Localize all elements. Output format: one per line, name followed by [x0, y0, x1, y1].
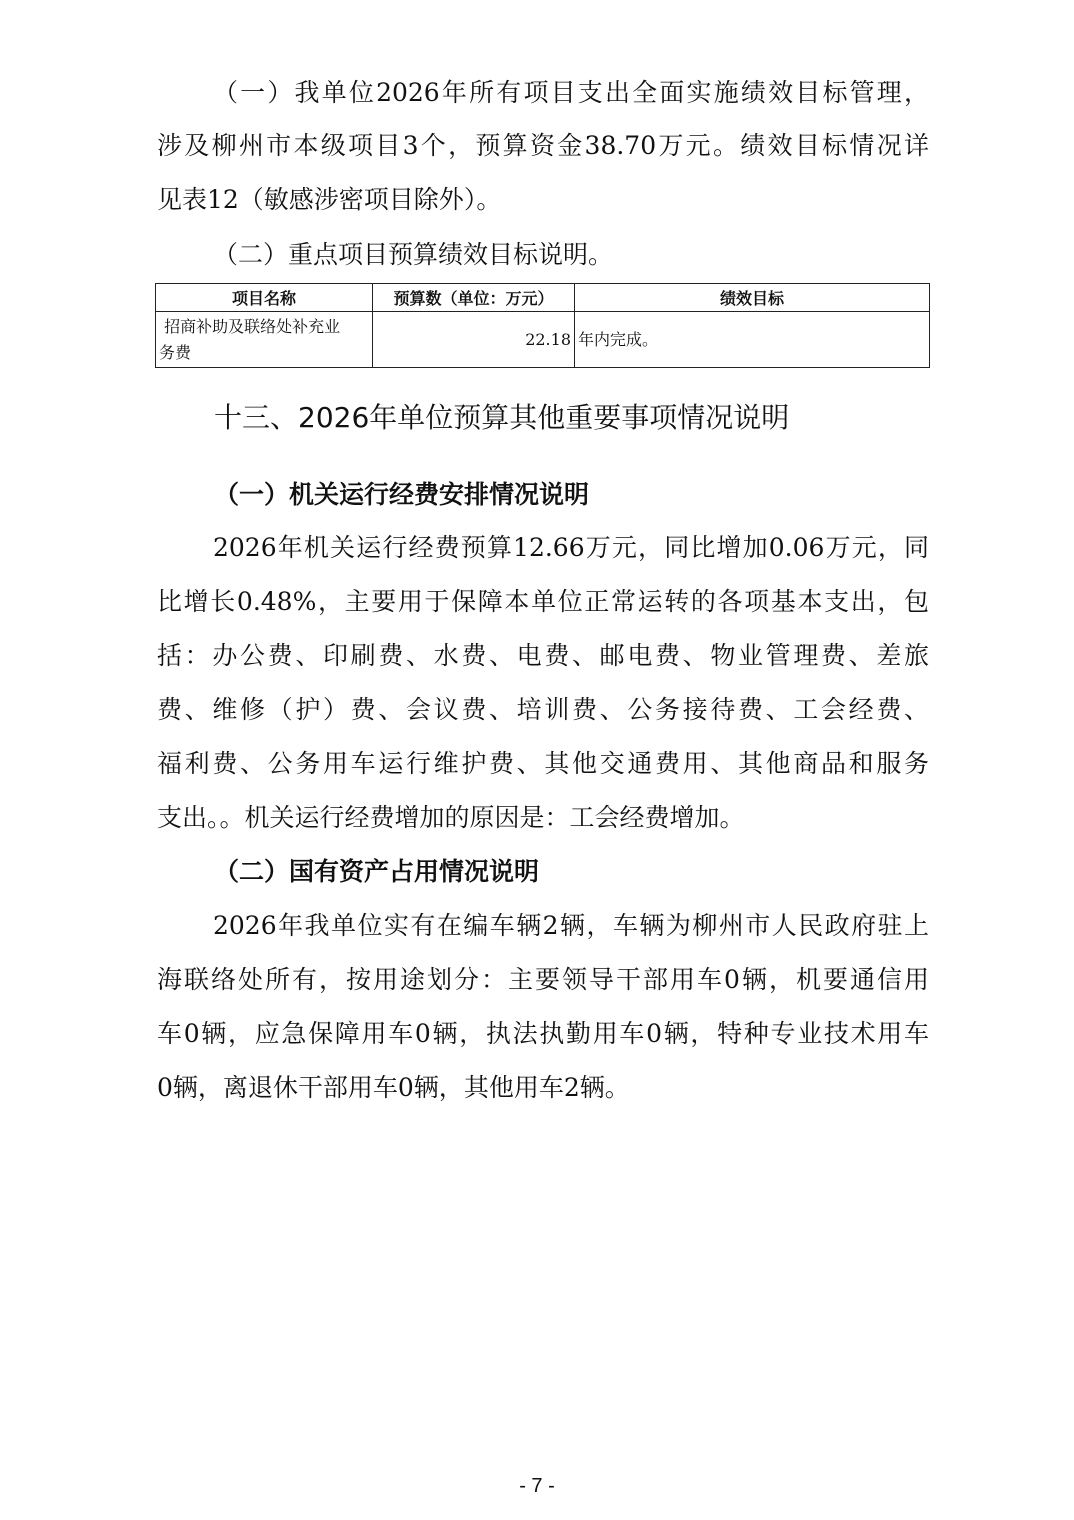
performance-target-table: 项目名称 预算数（单位：万元） 绩效目标 招商补助及联络处补充业 务费 22.1…: [155, 283, 930, 368]
section-13-title: 十三、2026年单位预算其他重要事项情况说明: [214, 400, 789, 436]
text-line: 福利费、公务用车运行维护费、其他交通费用、其他商品和服务: [157, 747, 929, 781]
text-line: 支出。。机关运行经费增加的原因是：工会经费增加。: [157, 801, 929, 835]
text-line: 见表12（敏感涉密项目除外）。: [157, 183, 929, 217]
text-line: 车0辆，应急保障用车0辆，执法执勤用车0辆，特种专业技术用车: [157, 1017, 929, 1051]
cell-project-name: 招商补助及联络处补充业 务费: [156, 312, 373, 368]
key-project-heading: （二）重点项目预算绩效目标说明。: [213, 238, 929, 272]
project-name-line: 招商补助及联络处补充业: [159, 314, 369, 340]
text-line: 括：办公费、印刷费、水费、电费、邮电费、物业管理费、差旅: [157, 639, 929, 673]
header-project-name: 项目名称: [156, 284, 373, 312]
table-header-row: 项目名称 预算数（单位：万元） 绩效目标: [156, 284, 930, 312]
text-line: 2026年机关运行经费预算12.66万元，同比增加0.06万元，同: [213, 531, 929, 565]
project-name-line: 务费: [159, 340, 369, 366]
header-budget: 预算数（单位：万元）: [373, 284, 575, 312]
cell-budget: 22.18: [373, 312, 575, 368]
text-line: 比增长0.48%，主要用于保障本单位正常运转的各项基本支出，包: [157, 585, 929, 619]
table-row: 招商补助及联络处补充业 务费 22.18 年内完成。: [156, 312, 930, 368]
text-line: 费、维修（护）费、会议费、培训费、公务接待费、工会经费、: [157, 693, 929, 727]
subsection-2-title: （二）国有资产占用情况说明: [214, 855, 539, 889]
text-line: 0辆，离退休干部用车0辆，其他用车2辆。: [157, 1071, 929, 1105]
text-line: （一）我单位2026年所有项目支出全面实施绩效目标管理，: [213, 76, 929, 110]
page-number: - 7 -: [0, 1475, 1074, 1498]
header-target: 绩效目标: [575, 284, 930, 312]
text-line: 2026年我单位实有在编车辆2辆，车辆为柳州市人民政府驻上: [213, 909, 929, 943]
subsection-1-title: （一）机关运行经费安排情况说明: [214, 478, 589, 512]
text-line: 海联络处所有，按用途划分：主要领导干部用车0辆，机要通信用: [157, 963, 929, 997]
text-line: 涉及柳州市本级项目3个，预算资金38.70万元。绩效目标情况详: [157, 129, 929, 163]
cell-target: 年内完成。: [575, 312, 930, 368]
